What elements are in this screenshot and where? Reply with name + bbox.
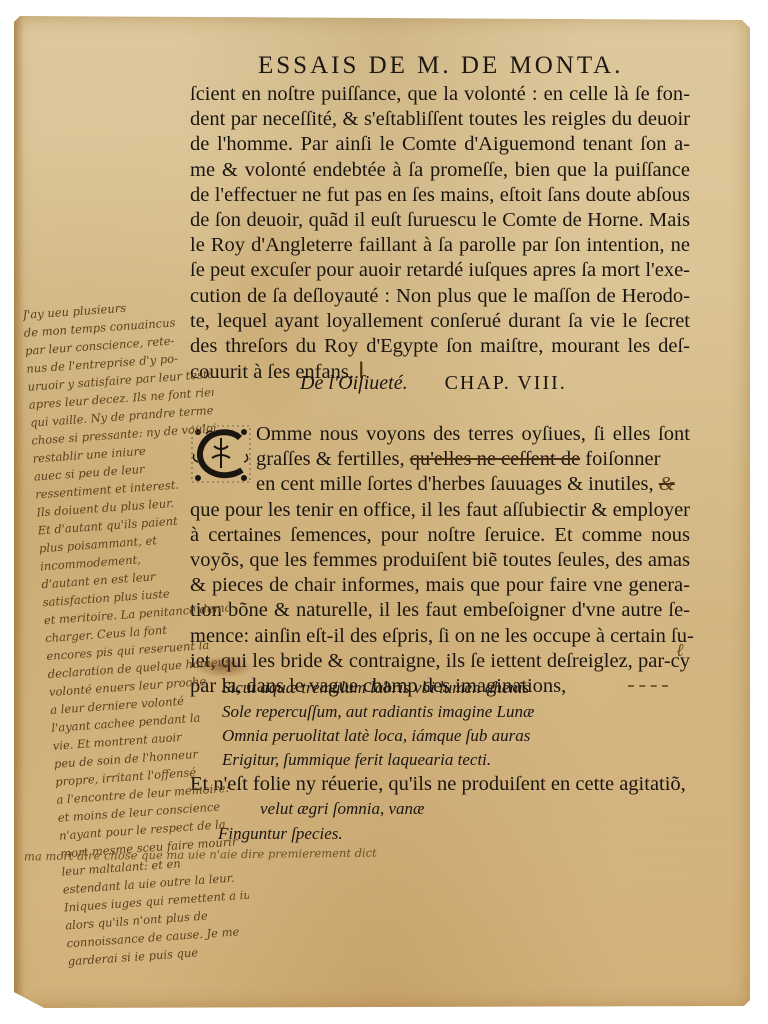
text-line: mence: ainſin eſt-il des eſpris, ſi on n… [190,624,690,649]
closing-verse: velut ægri ſomnia, vanæ Finguntur ſpecie… [218,796,424,846]
text-line-content: foiſonner [585,448,660,470]
text-line: & pieces de chair informes, mais que pou… [190,573,690,598]
text-line: dent par neceſſité, & s'eſtabliſſent tou… [190,107,690,132]
verse-line: Sole repercuſſum, aut radiantis imagine … [222,700,534,724]
text-line: des threſors du Roy d'Egypte ſon maiſtre… [190,334,690,359]
verse-line: Finguntur ſpecies. [218,821,424,846]
margin-correction-mark: ℓ [676,640,684,661]
text-line: en cent mille ſortes d'herbes ſauuages &… [190,472,690,497]
verse-line: velut ægri ſomnia, vanæ [218,796,424,821]
verse-line: Erigitur, ſummique ferit laquearia tecti… [222,748,534,772]
text-line: à certaines ſemences, pour noſtre ſeruic… [190,523,690,548]
text-line: tion bõne & naturelle, il les faut embeſ… [190,598,690,623]
text-line: iet, qui les bride & contraigne, ils ſe … [190,649,690,674]
latin-verse-quotation: Sicut aquæ tremulum labris vbi lumen ahe… [222,676,534,772]
verse-line: Omnia peruolitat latè loca, iámque ſub a… [222,724,534,748]
text-line: de ſon deuoir, quãd il euſt ſuruescu le … [190,208,690,233]
chapter-title: De l'Oiſiueté. [300,372,408,394]
text-line: te, lequel ayant loyallement conſerué du… [190,309,690,334]
verse-line: Sicut aquæ tremulum labris vbi lumen ahe… [222,676,534,700]
text-line: voyõs, que les femmes produiſent biẽ tou… [190,548,690,573]
struck-ampersand: & [659,473,675,495]
page-edge-stain [14,16,24,1008]
text-line: de l'homme. Par ainſi le Comte d'Aiguemo… [190,132,690,157]
running-head: ESSAIS DE M. DE MONTA. [258,52,658,80]
struck-through-phrase: qu'elles ne ceſſent de [410,448,580,470]
chapter-label: CHAP. VIII. [445,372,567,394]
text-line: que pour les tenir en office, il les fau… [190,498,690,523]
text-line: de l'effectuer ne fut pas en ſes mains, … [190,183,690,208]
chapter-paragraph: Omme nous voyons des terres oyſiues, ſi … [190,422,690,699]
text-line: ſe peut excuſer pour auoir retardé iuſqu… [190,258,690,283]
text-line: ſcient en noſtre puiſſance, que la volon… [190,82,690,107]
opening-paragraph: ſcient en noſtre puiſſance, que la volon… [190,82,690,385]
margin-dash-mark [628,685,668,687]
text-line: graſſes & fertilles, qu'elles ne ceſſent… [190,447,690,472]
text-line: le Roy d'Angleterre faillant à ſa paroll… [190,233,690,258]
text-line-content: graſſes & fertilles, [256,448,405,470]
closing-line: Et n'eſt folie ny réuerie, qu'ils ne pro… [190,772,690,797]
text-line-content: en cent mille ſortes d'herbes ſauuages &… [256,473,654,495]
text-line: me & volonté endebtée à ſa promeſſe, bie… [190,158,690,183]
chapter-heading: De l'Oiſiueté. CHAP. VIII. [300,372,567,395]
text-line: Omme nous voyons des terres oyſiues, ſi … [190,422,690,447]
text-line: cution de ſa deſloyauté : Non plus que l… [190,284,690,309]
